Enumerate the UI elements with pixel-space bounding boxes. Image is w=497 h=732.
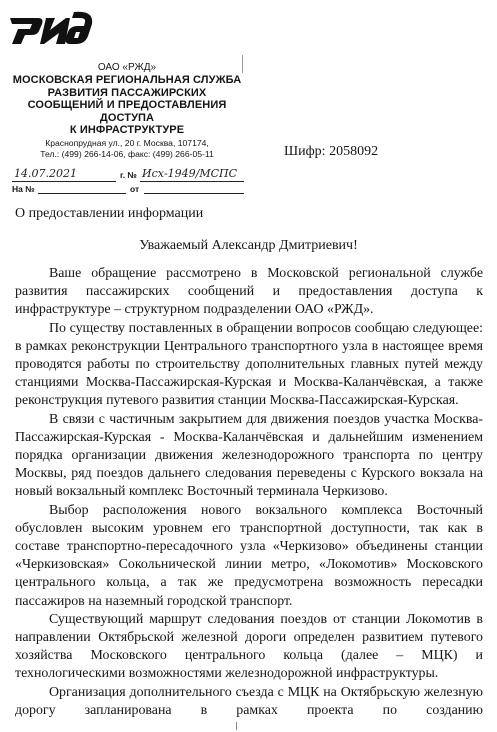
paragraph: Организация дополнительного съезда с МЦК… [15, 684, 483, 720]
department-line: К ИНФРАСТРУКТУРЕ [0, 124, 254, 137]
address: Краснопрудная ул., 20 г. Москва, 107174, [0, 138, 254, 149]
registration-block: 14.07.2021 г. № Исх-1949/МСПС На № от [12, 170, 244, 198]
ref-label: На № [12, 184, 35, 194]
paragraph: Существующий маршрут следования поездов … [15, 611, 483, 684]
paragraph: Выбор расположения нового вокзального ко… [15, 502, 483, 611]
date-handwritten: 14.07.2021 [14, 167, 77, 180]
letter-body: Ваше обращение рассмотрено в Московской … [15, 265, 483, 720]
scan-artifact [236, 722, 237, 730]
paragraph: В связи с частичным закрытием для движен… [15, 411, 483, 502]
subject-line: О предоставлении информации [15, 206, 203, 222]
paragraph: Ваше обращение рассмотрено в Московской … [15, 265, 483, 320]
from-underline [144, 182, 244, 194]
department-line: СООБЩЕНИЙ И ПРЕДОСТАВЛЕНИЯ [0, 99, 254, 112]
number-handwritten: Исх-1949/МСПС [142, 167, 237, 180]
department-line: МОСКОВСКАЯ РЕГИОНАЛЬНАЯ СЛУЖБА [0, 74, 254, 87]
org-name: ОАО «РЖД» [0, 62, 254, 74]
cipher-code: Шифр: 2058092 [284, 144, 378, 160]
number-label: г. № [120, 170, 137, 180]
letterhead: ОАО «РЖД» МОСКОВСКАЯ РЕГИОНАЛЬНАЯ СЛУЖБА… [0, 62, 254, 160]
from-label: от [130, 184, 139, 194]
department-line: ДОСТУПА [0, 112, 254, 125]
paragraph: По существу поставленных в обращении воп… [15, 320, 483, 411]
phones: Тел.: (499) 266-14-06, факс: (499) 266-0… [0, 149, 254, 160]
department-line: РАЗВИТИЯ ПАССАЖИРСКИХ [0, 87, 254, 100]
ref-underline [38, 182, 126, 194]
rzd-logo-icon [8, 6, 96, 46]
greeting: Уважаемый Александр Дмитриевич! [0, 238, 497, 254]
